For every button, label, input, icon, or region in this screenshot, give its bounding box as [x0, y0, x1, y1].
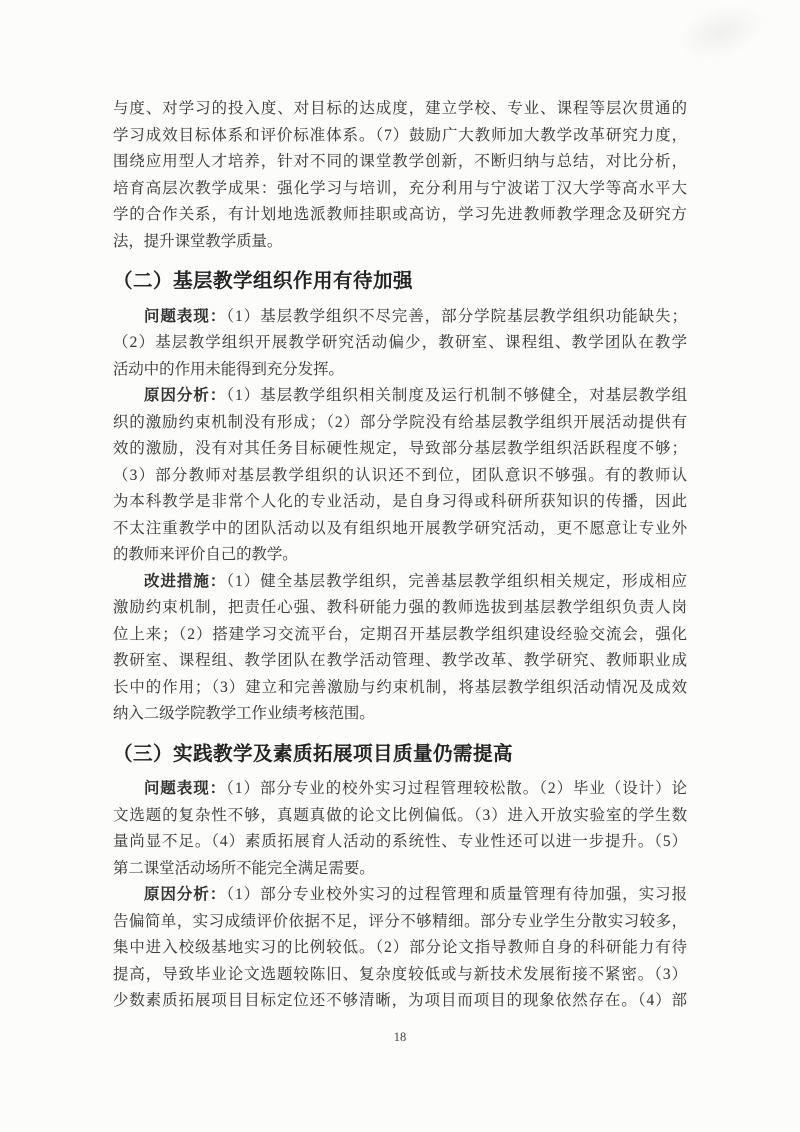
paragraph: 问题表现：（1）部分专业的校外实习过程管理较松散。（2）毕业（设计）论文选题的复…	[113, 776, 687, 882]
text-line: 提高，导致毕业论文选题较陈旧、复杂度较低或与新技术发展衔接不紧密。（3）	[113, 962, 687, 989]
document-page: 与度、对学习的投入度、对目标的达成度，建立学校、专业、课程等层次贯通的学习成效目…	[0, 0, 800, 1132]
run-in-label: 原因分析：	[144, 387, 226, 404]
text-line: 问题表现：（1）部分专业的校外实习过程管理较松散。（2）毕业（设计）论	[113, 776, 687, 803]
text-line: 长中的作用；（3）建立和完善激励与约束机制，将基层教学组织活动情况及成效	[113, 675, 687, 702]
text-line: 文选题的复杂性不够，真题真做的论文比例偏低。（3）进入开放实验室的学生数	[113, 803, 687, 830]
text-line: 集中进入校级基地实习的比例较低。（2）部分论文指导教师自身的科研能力有待	[113, 935, 687, 962]
run-in-label: 改进措施：	[144, 573, 226, 590]
text-line: 原因分析：（1）部分专业校外实习的过程管理和质量管理有待加强，实习报	[113, 882, 687, 909]
text-line: 学习成效目标体系和评价标准体系。（7）鼓励广大教师加大教学改革研究力度，	[113, 123, 687, 150]
text-line: 少数素质拓展项目目标定位还不够清晰，为项目而项目的现象依然存在。（4）部	[113, 988, 687, 1015]
text-line: 法，提升课堂教学质量。	[113, 229, 687, 256]
text-line: 为本科教学是非常个人化的专业活动，是自身习得或科研所获知识的传播，因此	[113, 489, 687, 516]
run-in-label: 问题表现：	[144, 308, 226, 325]
text-line: 围绕应用型人才培养，针对不同的课堂教学创新，不断归纳与总结，对比分析，	[113, 149, 687, 176]
section-heading: （三）实践教学及素质拓展项目质量仍需提高	[113, 741, 687, 768]
scan-smudge-artifact	[670, 0, 772, 71]
text-line: 效的激励，没有对其任务目标硬性规定，导致部分基层教学组织活跃程度不够；	[113, 436, 687, 463]
text-line: 改进措施：（1）健全基层教学组织，完善基层教学组织相关规定，形成相应	[113, 569, 687, 596]
text-line: 激励约束机制，把责任心强、教科研能力强的教师选拔到基层教学组织负责人岗	[113, 595, 687, 622]
text-run: （1）基层教学组织相关制度及运行机制不够健全，对基层教学组	[226, 387, 687, 404]
text-run: （1）部分专业的校外实习过程管理较松散。（2）毕业（设计）论	[226, 780, 687, 797]
text-line: 织的激励约束机制没有形成；（2）部分学院没有给基层教学组织开展活动提供有	[113, 410, 687, 437]
text-line: 原因分析：（1）基层教学组织相关制度及运行机制不够健全，对基层教学组	[113, 383, 687, 410]
text-line: 教研室、课程组、教学团队在教学活动管理、教学改革、教学研究、教师职业成	[113, 648, 687, 675]
run-in-label: 问题表现：	[144, 780, 226, 797]
paragraph: 改进措施：（1）健全基层教学组织，完善基层教学组织相关规定，形成相应激励约束机制…	[113, 569, 687, 728]
text-line: 培育高层次教学成果：强化学习与培训，充分利用与宁波诺丁汉大学等高水平大	[113, 176, 687, 203]
text-run: （1）基层教学组织不尽完善，部分学院基层教学组织功能缺失；	[226, 308, 687, 325]
text-line: 告偏简单，实习成绩评价依据不足，评分不够精细。部分专业学生分散实习较多，	[113, 909, 687, 936]
text-line: 位上来；（2）搭建学习交流平台，定期召开基层教学组织建设经验交流会，强化	[113, 622, 687, 649]
text-line: 第二课堂活动场所不能完全满足需要。	[113, 856, 687, 883]
text-line: （2）基层教学组织开展教学研究活动偏少，教研室、课程组、教学团队在教学	[113, 330, 687, 357]
text-line: 与度、对学习的投入度、对目标的达成度，建立学校、专业、课程等层次贯通的	[113, 96, 687, 123]
paragraph: 原因分析：（1）部分专业校外实习的过程管理和质量管理有待加强，实习报告偏简单，实…	[113, 882, 687, 1015]
page-number: 18	[0, 1030, 800, 1045]
text-line: （3）部分教师对基层教学组织的认识还不到位，团队意识不够强。有的教师认	[113, 463, 687, 490]
text-line: 的教师来评价自己的教学。	[113, 542, 687, 569]
run-in-label: 原因分析：	[144, 886, 226, 903]
text-line: 问题表现：（1）基层教学组织不尽完善，部分学院基层教学组织功能缺失；	[113, 304, 687, 331]
text-line: 纳入二级学院教学工作业绩考核范围。	[113, 701, 687, 728]
text-line: 学的合作关系，有计划地选派教师挂职或高访，学习先进教师教学理念及研究方	[113, 202, 687, 229]
text-line: 量尚显不足。（4）素质拓展育人活动的系统性、专业性还可以进一步提升。（5）	[113, 829, 687, 856]
section-heading: （二）基层教学组织作用有待加强	[113, 268, 687, 295]
text-line: 活动中的作用未能得到充分发挥。	[113, 357, 687, 384]
text-run: （1）健全基层教学组织，完善基层教学组织相关规定，形成相应	[226, 573, 687, 590]
text-run: （1）部分专业校外实习的过程管理和质量管理有待加强，实习报	[226, 886, 687, 903]
text-line: 不太注重教学中的团队活动以及有组织地开展教学研究活动，更不愿意让专业外	[113, 516, 687, 543]
paragraph: 原因分析：（1）基层教学组织相关制度及运行机制不够健全，对基层教学组织的激励约束…	[113, 383, 687, 569]
paragraph: 与度、对学习的投入度、对目标的达成度，建立学校、专业、课程等层次贯通的学习成效目…	[113, 96, 687, 255]
paragraph: 问题表现：（1）基层教学组织不尽完善，部分学院基层教学组织功能缺失；（2）基层教…	[113, 304, 687, 384]
page-content: 与度、对学习的投入度、对目标的达成度，建立学校、专业、课程等层次贯通的学习成效目…	[113, 96, 687, 1015]
